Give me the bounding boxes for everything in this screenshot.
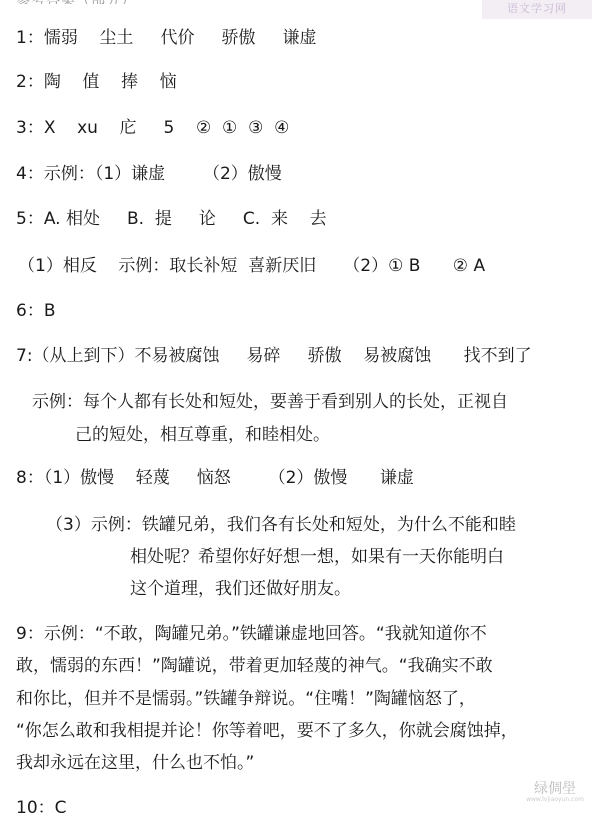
answer-5: 5：A. 相处 B. 提 论 C. 来 去 — [16, 208, 327, 230]
answer-1: 1：懦弱 尘土 代价 骄傲 谦虚 — [16, 27, 317, 49]
answer-9-line-5: 我却永远在这里，什么也不怕。” — [16, 752, 254, 774]
answer-8-3-line-2: 相处呢？希望你好好想一想，如果有一天你能明白 — [130, 546, 504, 568]
answer-8: 8：（1）傲慢 轻蔑 恼怒 （2）傲慢 谦虚 — [16, 467, 414, 489]
answer-9-line-1: 9：示例：“不敢，陶罐兄弟。”铁罐谦虚地回答。“我就知道你不 — [16, 623, 487, 645]
answer-9-line-2: 敢，懦弱的东西！”陶罐说，带着更加轻蔑的神气。“我确实不敢 — [16, 655, 493, 677]
answer-7-example-line-2: 己的短处，相互尊重，和睦相处。 — [75, 424, 330, 446]
answer-8-3-line-3: 这个道理，我们还做好朋友。 — [130, 578, 351, 600]
answer-5-sub: （1）相反 示例：取长补短 喜新厌旧 （2）① B ② A — [18, 255, 485, 277]
answer-8-3-line-1: （3）示例：铁罐兄弟，我们各有长处和短处，为什么不能和睦 — [46, 514, 516, 536]
watermark-logo: 绿倜壆 — [534, 781, 576, 797]
watermark-top: 语文学习网 — [482, 0, 592, 19]
answer-4: 4：示例：（1）谦虚 （2）傲慢 — [16, 163, 282, 185]
answer-9-line-4: “你怎么敢和我相提并论！你等着吧，要不了多久，你就会腐蚀掉， — [16, 720, 518, 742]
answer-2: 2：陶 值 捧 恼 — [16, 71, 177, 93]
answer-7: 7:（从上到下）不易被腐蚀 易碎 骄傲 易被腐蚀 找不到了 — [16, 345, 532, 367]
watermark-url: www.lvjiaoyun.com — [520, 796, 590, 804]
answer-9-line-3: 和你比，但并不是懦弱。”铁罐争辩说。“住嘴！”陶罐恼怒了， — [16, 688, 476, 710]
clipped-header-text: 参考答案（部分） — [16, 0, 256, 4]
answer-3: 3：X xu 庀 5 ② ① ③ ④ — [16, 117, 289, 139]
answer-6: 6：B — [16, 300, 55, 322]
answer-7-example-line-1: 示例：每个人都有长处和短处，要善于看到别人的长处，正视自 — [32, 391, 508, 413]
answer-10: 10：C — [16, 797, 67, 816]
watermark-bottom: 绿倜壆 www.lvjiaoyun.com — [520, 782, 590, 804]
